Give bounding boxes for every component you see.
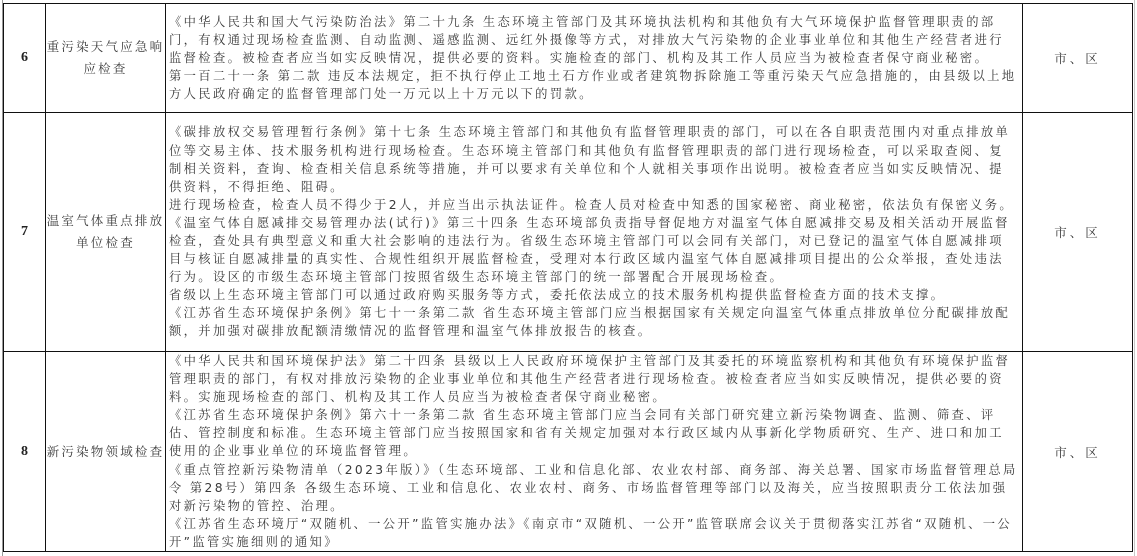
legal-basis-paragraph: 《温室气体自愿减排交易管理办法(试行)》第三十四条 生态环境部负责指导督促地方对… xyxy=(169,214,1018,286)
inspection-item-name: 温室气体重点排放单位检查 xyxy=(46,113,166,352)
table-row: 7 温室气体重点排放单位检查 《碳排放权交易管理暂行条例》第十七条 生态环境主管… xyxy=(4,113,1133,352)
legal-basis-paragraph: 《江苏省生态环境保护条例》第六十一条第二款 省生态环境主管部门应当会同有关部门研… xyxy=(169,406,1018,460)
row-number: 8 xyxy=(4,352,46,552)
legal-basis-paragraph: 《江苏省生态环境厅“双随机、一公开”监管实施办法》《南京市“双随机、一公开”监管… xyxy=(169,515,1018,551)
legal-basis-paragraph: 《中华人民共和国大气污染防治法》第二十九条 生态环境主管部门及其环境执法机构和其… xyxy=(169,13,1018,67)
inspection-item-name: 重污染天气应急响应检查 xyxy=(46,4,166,113)
legal-basis-paragraph: 《碳排放权交易管理暂行条例》第十七条 生态环境主管部门和其他负有监督管理职责的部… xyxy=(169,123,1018,195)
jurisdiction-level: 市、区 xyxy=(1023,113,1133,352)
legal-basis-cell: 《中华人民共和国大气污染防治法》第二十九条 生态环境主管部门及其环境执法机构和其… xyxy=(166,4,1023,113)
legal-basis-paragraph: 省级以上生态环境主管部门可以通过政府购买服务等方式，委托依法成立的技术服务机构提… xyxy=(169,286,1018,304)
jurisdiction-level: 市、区 xyxy=(1023,4,1133,113)
inspection-item-name: 新污染物领域检查 xyxy=(46,352,166,552)
table-row: 8 新污染物领域检查 《中华人民共和国环境保护法》第二十四条 县级以上人民政府环… xyxy=(4,352,1133,552)
inspection-items-table: 6 重污染天气应急响应检查 《中华人民共和国大气污染防治法》第二十九条 生态环境… xyxy=(3,3,1133,552)
legal-basis-paragraph: 《江苏省生态环境保护条例》第七十一条第二款 省生态环境主管部门应当根据国家有关规… xyxy=(169,304,1018,340)
legal-basis-paragraph: 《中华人民共和国环境保护法》第二十四条 县级以上人民政府环境保护主管部门及其委托… xyxy=(169,352,1018,406)
legal-basis-paragraph: 《重点管控新污染物清单（2023年版）》（生态环境部、工业和信息化部、农业农村部… xyxy=(169,461,1018,515)
jurisdiction-level: 市、区 xyxy=(1023,352,1133,552)
row-number: 6 xyxy=(4,4,46,113)
page-right-edge xyxy=(1134,0,1135,556)
legal-basis-cell: 《中华人民共和国环境保护法》第二十四条 县级以上人民政府环境保护主管部门及其委托… xyxy=(166,352,1023,552)
row-number: 7 xyxy=(4,113,46,352)
legal-basis-paragraph: 第一百二十一条 第二款 违反本法规定，拒不执行停止工地土石方作业或者建筑物拆除施… xyxy=(169,67,1018,103)
table-row: 6 重污染天气应急响应检查 《中华人民共和国大气污染防治法》第二十九条 生态环境… xyxy=(4,4,1133,113)
document-page: 6 重污染天气应急响应检查 《中华人民共和国大气污染防治法》第二十九条 生态环境… xyxy=(0,0,1137,556)
legal-basis-paragraph: 进行现场检查，检查人员不得少于2人，并应当出示执法证件。检查人员对检查中知悉的国… xyxy=(169,196,1018,214)
legal-basis-cell: 《碳排放权交易管理暂行条例》第十七条 生态环境主管部门和其他负有监督管理职责的部… xyxy=(166,113,1023,352)
